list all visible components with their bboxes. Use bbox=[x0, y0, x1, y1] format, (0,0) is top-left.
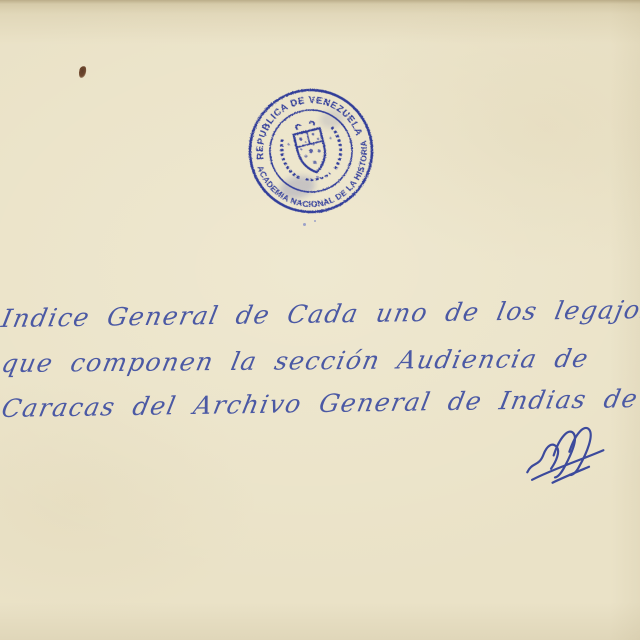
signature-initials bbox=[517, 419, 619, 497]
handwritten-text-block: Indice General de Cada uno de los legajo… bbox=[2, 296, 640, 431]
handwritten-line-3: Caracas del Archivo General de Indias de… bbox=[0, 376, 640, 431]
handwritten-line-1: Indice General de Cada uno de los legajo… bbox=[0, 287, 640, 341]
signature-rubric-icon bbox=[517, 419, 619, 497]
stray-ink-dot bbox=[303, 223, 306, 226]
stray-ink-dot bbox=[314, 220, 316, 222]
